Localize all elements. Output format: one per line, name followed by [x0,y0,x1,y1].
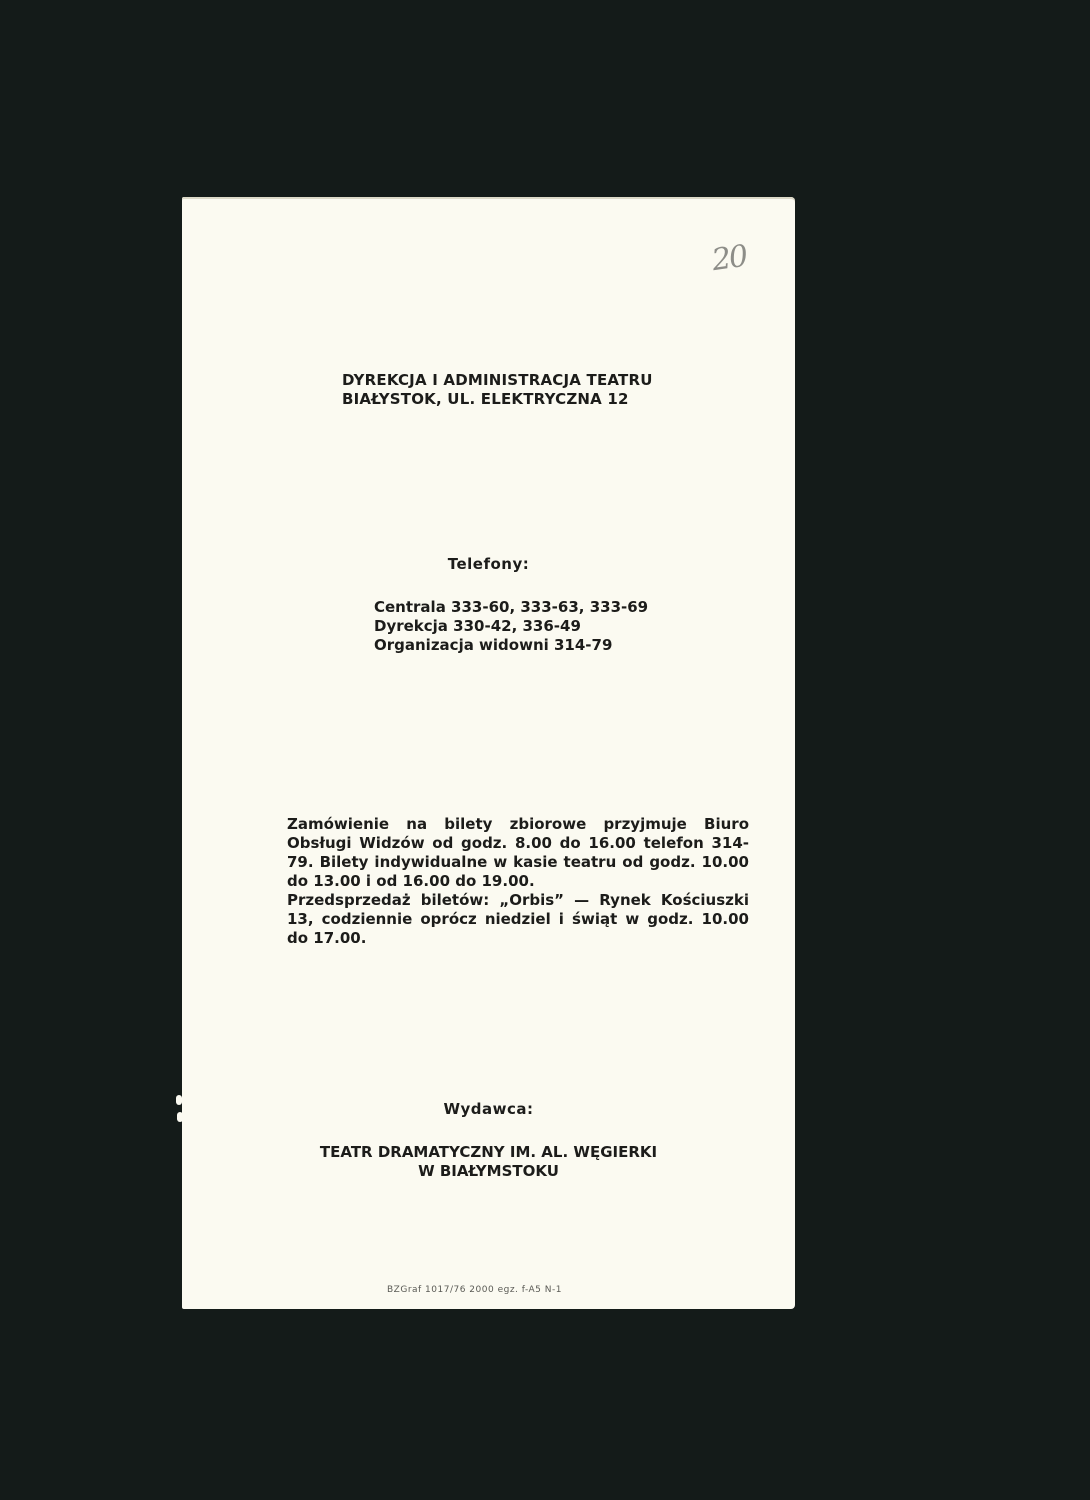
header-line-2: BIAŁYSTOK, UL. ELEKTRYCZNA 12 [342,390,653,409]
phone-line-centrala: Centrala 333-60, 333-63, 333-69 [374,598,648,617]
theatre-administration-header: DYREKCJA I ADMINISTRACJA TEATRU BIAŁYSTO… [342,371,653,409]
presale-paragraph: Przedsprzedaż biletów: „Orbis” — Rynek K… [287,891,749,948]
phones-heading: Telefony: [182,555,795,573]
publisher-line-1: TEATR DRAMATYCZNY IM. AL. WĘGIERKI [182,1143,795,1162]
handwritten-page-number: 20 [710,239,749,278]
publisher-heading: Wydawca: [182,1100,795,1118]
phone-line-dyrekcja: Dyrekcja 330-42, 336-49 [374,617,648,636]
document-page: 20 DYREKCJA I ADMINISTRACJA TEATRU BIAŁY… [182,197,795,1309]
group-tickets-paragraph: Zamówienie na bilety zbiorowe przyjmuje … [287,815,749,891]
phone-line-organizacja: Organizacja widowni 314-79 [374,636,648,655]
ticket-info: Zamówienie na bilety zbiorowe przyjmuje … [287,815,749,948]
paper-edge-tear [176,1095,182,1105]
paper-edge-tear [177,1112,183,1122]
publisher-line-2: W BIAŁYMSTOKU [182,1162,795,1181]
phone-list: Centrala 333-60, 333-63, 333-69 Dyrekcja… [374,598,648,655]
publisher-name: TEATR DRAMATYCZNY IM. AL. WĘGIERKI W BIA… [182,1143,795,1181]
print-note: BZGraf 1017/76 2000 egz. f-A5 N-1 [387,1285,562,1295]
header-line-1: DYREKCJA I ADMINISTRACJA TEATRU [342,371,653,390]
